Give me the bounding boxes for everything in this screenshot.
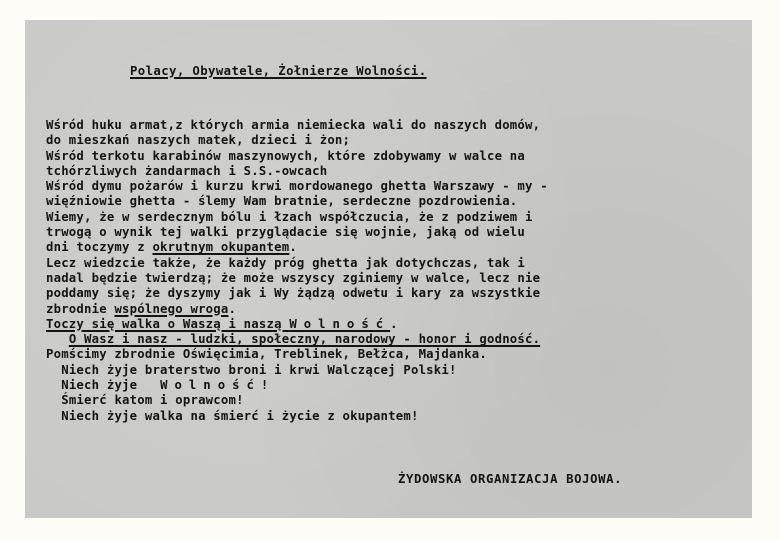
underlined-phrase-occupant: okrutnym okupantem — [152, 240, 289, 254]
freedom-word: Wolność — [289, 317, 390, 331]
honor-line: O Wasz i nasz - ludzki, społeczny, narod… — [46, 332, 548, 347]
slogan-text: Niech żyje walka na śmierć i życie z oku… — [61, 409, 418, 423]
text-line: Wśród huku armat,z których armia niemiec… — [46, 118, 548, 133]
text-line: poddamy się; że dyszymy jak i Wy żądzą o… — [46, 286, 548, 301]
freedom-word: Wolność — [160, 378, 261, 392]
text-line: nadal będzie twierdzą; że może wszyscy z… — [46, 271, 548, 286]
avenge-line: Pomścimy zbrodnie Oświęcimia, Treblinek,… — [46, 347, 548, 362]
slogan-text: Niech żyje — [61, 378, 145, 392]
text-line: zbrodnie wspólnego wroga. — [46, 302, 548, 317]
text-line: trwogą o wynik tej walki przyglądacie si… — [46, 225, 548, 240]
honor-text: O Wasz i nasz - ludzki, społeczny, narod… — [69, 332, 540, 346]
signature: ŻYDOWSKA ORGANIZACJA BOJOWA. — [398, 472, 622, 486]
text-line: tchórzliwych żandarmach i S.S.-owcach — [46, 164, 548, 179]
slogan-text: Niech żyje braterstwo broni i krwi Walcz… — [61, 363, 456, 377]
slogan-line: Niech żyje Wolność! — [46, 378, 548, 393]
slogan-line: Śmierć katom i oprawcom! — [46, 393, 548, 408]
document-title: Polacy, Obywatele, Żołnierze Wolności. — [130, 64, 427, 78]
text-line: dni toczymy z okrutnym okupantem. — [46, 240, 548, 255]
slogan-text: Śmierć katom i oprawcom! — [61, 393, 243, 407]
text-line: Wśród dymu pożarów i kurzu krwi mordowan… — [46, 179, 548, 194]
appeal-text: Wśród huku armat,z których armia niemiec… — [46, 118, 548, 424]
text-fragment: zbrodnie — [46, 302, 114, 316]
typewritten-document-page: Polacy, Obywatele, Żołnierze Wolności. W… — [25, 20, 752, 518]
text-fragment: dni toczymy z — [46, 240, 152, 254]
text-line: Wiemy, że w serdecznym bólu i łzach wspó… — [46, 210, 548, 225]
text-line: Wśród terkotu karabinów maszynowych, któ… — [46, 149, 548, 164]
period: . — [229, 302, 237, 316]
slogan-line: Niech żyje braterstwo broni i krwi Walcz… — [46, 363, 548, 378]
document-body: Polacy, Obywatele, Żołnierze Wolności. W… — [25, 20, 752, 518]
text-line: Lecz wiedzcie także, że każdy próg ghett… — [46, 256, 548, 271]
exclamation: ! — [261, 378, 269, 392]
period: . — [390, 317, 398, 331]
slogan-line: Niech żyje walka na śmierć i życie z oku… — [46, 409, 548, 424]
text-line: więźniowie ghetta - ślemy Wam bratnie, s… — [46, 194, 548, 209]
struggle-line: Toczy się walka o Waszą i naszą Wolność. — [46, 317, 548, 332]
underlined-phrase-enemy: wspólnego wroga — [114, 302, 228, 316]
text-line: do mieszkań naszych matek, dzieci i żon; — [46, 133, 548, 148]
struggle-text: Toczy się walka o Waszą i naszą — [46, 317, 289, 331]
period: . — [289, 240, 297, 254]
